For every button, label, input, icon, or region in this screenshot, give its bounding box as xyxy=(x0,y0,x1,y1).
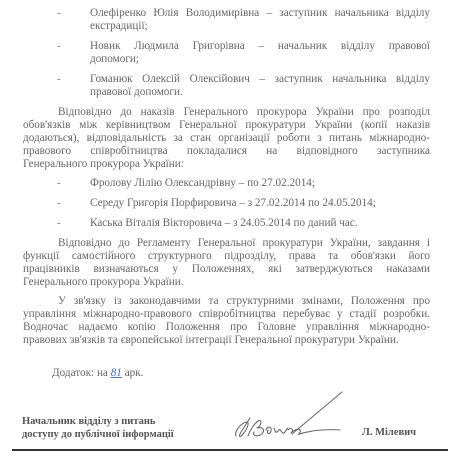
paragraph-line: управління міжнародно-правового співробі… xyxy=(23,308,430,321)
deputy-item: Фролову Лілію Олександрівну – по 27.02.2… xyxy=(90,177,315,190)
position-title-line: доступу до публічної інформації xyxy=(22,428,174,441)
paragraph-line: Відповідно до Регламенту Генеральної про… xyxy=(58,237,430,250)
bullet-text: Новик Людмила Григорівна – начальник від… xyxy=(90,40,430,53)
paragraph-line: додаються), відповідальність за стан орг… xyxy=(23,132,430,145)
paragraph-line: працівників визначаються у Положеннях, я… xyxy=(23,263,430,276)
attachment-suffix: арк. xyxy=(125,367,144,379)
paragraph-line: Генерального прокурора України. xyxy=(23,276,184,289)
bullet-text: Гоманюк Олексій Олексійович – заступник … xyxy=(90,73,430,86)
bullet-dash: - xyxy=(57,177,61,190)
bullet-dash: - xyxy=(57,197,61,210)
bullet-dash: - xyxy=(57,73,61,86)
attachment-page-count: 81 xyxy=(111,367,122,379)
deputy-item: Каська Віталія Вікторовича – з 24.05.201… xyxy=(90,217,358,230)
paragraph-line: Генерального прокурора України: xyxy=(23,158,184,171)
paragraph-line: функції самостійного структурного підроз… xyxy=(23,250,430,263)
paragraph-line: Відповідно до наказів Генерального проку… xyxy=(58,106,430,119)
bullet-text: допомоги; xyxy=(90,53,139,66)
paragraph-line: У зв'язку із законодавчими та структурни… xyxy=(58,295,430,308)
handwritten-signature-icon xyxy=(230,388,350,444)
attachment-prefix: Додаток: на xyxy=(52,367,108,379)
attachment-note: Додаток: на 81 арк. xyxy=(52,367,143,380)
bullet-dash: - xyxy=(57,40,61,53)
paragraph-line: Водночас надаємо копію Положення про Гол… xyxy=(23,321,430,334)
document-page: - Олефіренко Юлія Володимирівна – заступ… xyxy=(0,0,460,460)
bullet-text: Олефіренко Юлія Володимирівна – заступни… xyxy=(90,7,430,20)
paragraph-line: обов'язків між керівництвом Генеральної … xyxy=(23,119,430,132)
paragraph-line: правових зв'язків та європейської інтегр… xyxy=(23,334,399,347)
bullet-text: екстрадиції; xyxy=(90,20,148,33)
bullet-dash: - xyxy=(57,7,61,20)
bullet-text: правової допомоги. xyxy=(90,86,183,99)
deputy-item: Середу Григорія Порфировича – з 27.02.20… xyxy=(90,197,376,210)
paragraph-line: правового співробітництва покладалися на… xyxy=(23,145,430,158)
signatory-name: Л. Мілевич xyxy=(362,426,416,439)
bullet-dash: - xyxy=(57,217,61,230)
horizontal-rule xyxy=(12,449,448,451)
position-title-line: Начальник відділу з питань xyxy=(22,415,155,428)
